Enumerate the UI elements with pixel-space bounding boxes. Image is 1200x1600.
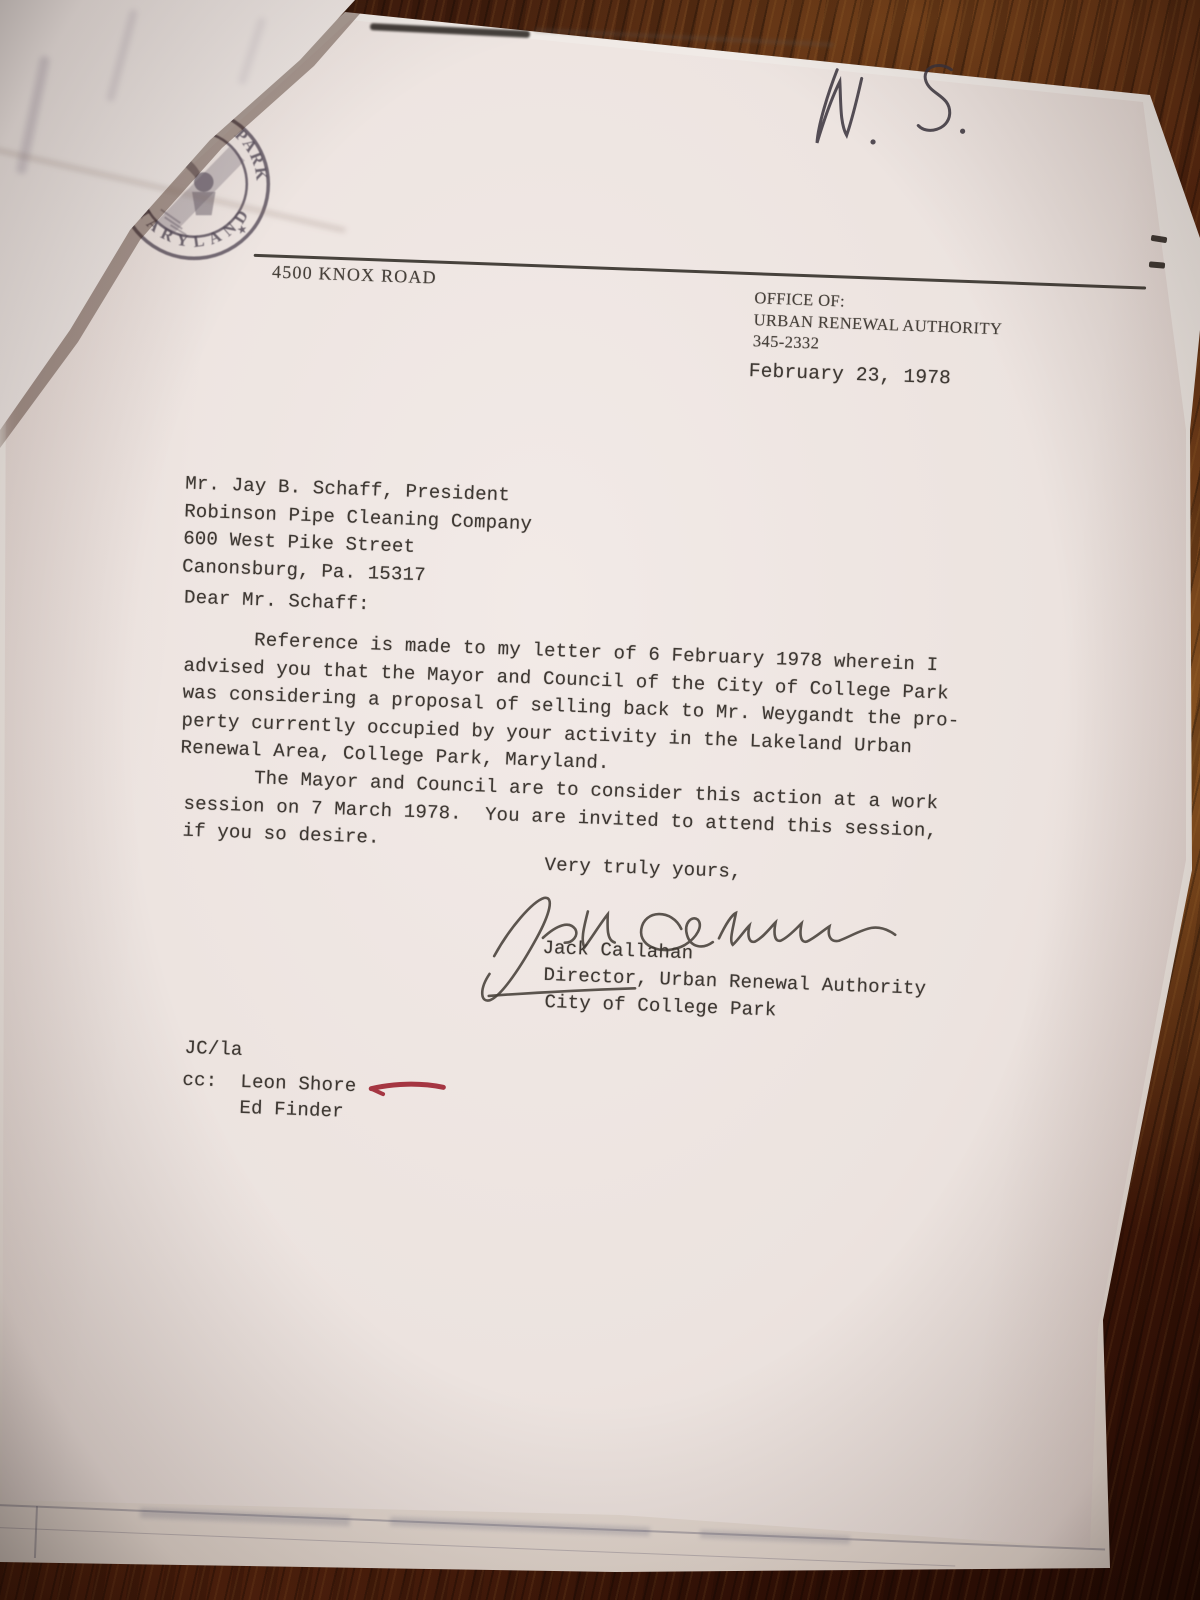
staple-mark xyxy=(1149,261,1165,268)
office-block: OFFICE OF: URBAN RENEWAL AUTHORITY 345-2… xyxy=(752,287,1003,361)
body-paragraph-1: Reference is made to my letter of 6 Febr… xyxy=(180,625,962,791)
desk-surface: PARK ★ MARYLAND 4500 KNOX ROAD OFFICE OF… xyxy=(0,0,1200,1600)
ws-initials-handwriting: W. S. xyxy=(793,50,988,155)
letterhead-address: 4500 KNOX ROAD xyxy=(272,261,437,288)
salutation: Dear Mr. Schaff: xyxy=(184,584,371,618)
red-arrow-annotation: ← xyxy=(357,1077,448,1102)
date-line: February 23, 1978 xyxy=(748,358,951,393)
recipient-block: Mr. Jay B. Schaff, President Robinson Pi… xyxy=(182,470,534,593)
letter-content: 4500 KNOX ROAD OFFICE OF: URBAN RENEWAL … xyxy=(116,245,1159,1201)
reference-initials: JC/la xyxy=(184,1035,243,1065)
cc-name-2: Ed Finder xyxy=(181,1093,344,1126)
